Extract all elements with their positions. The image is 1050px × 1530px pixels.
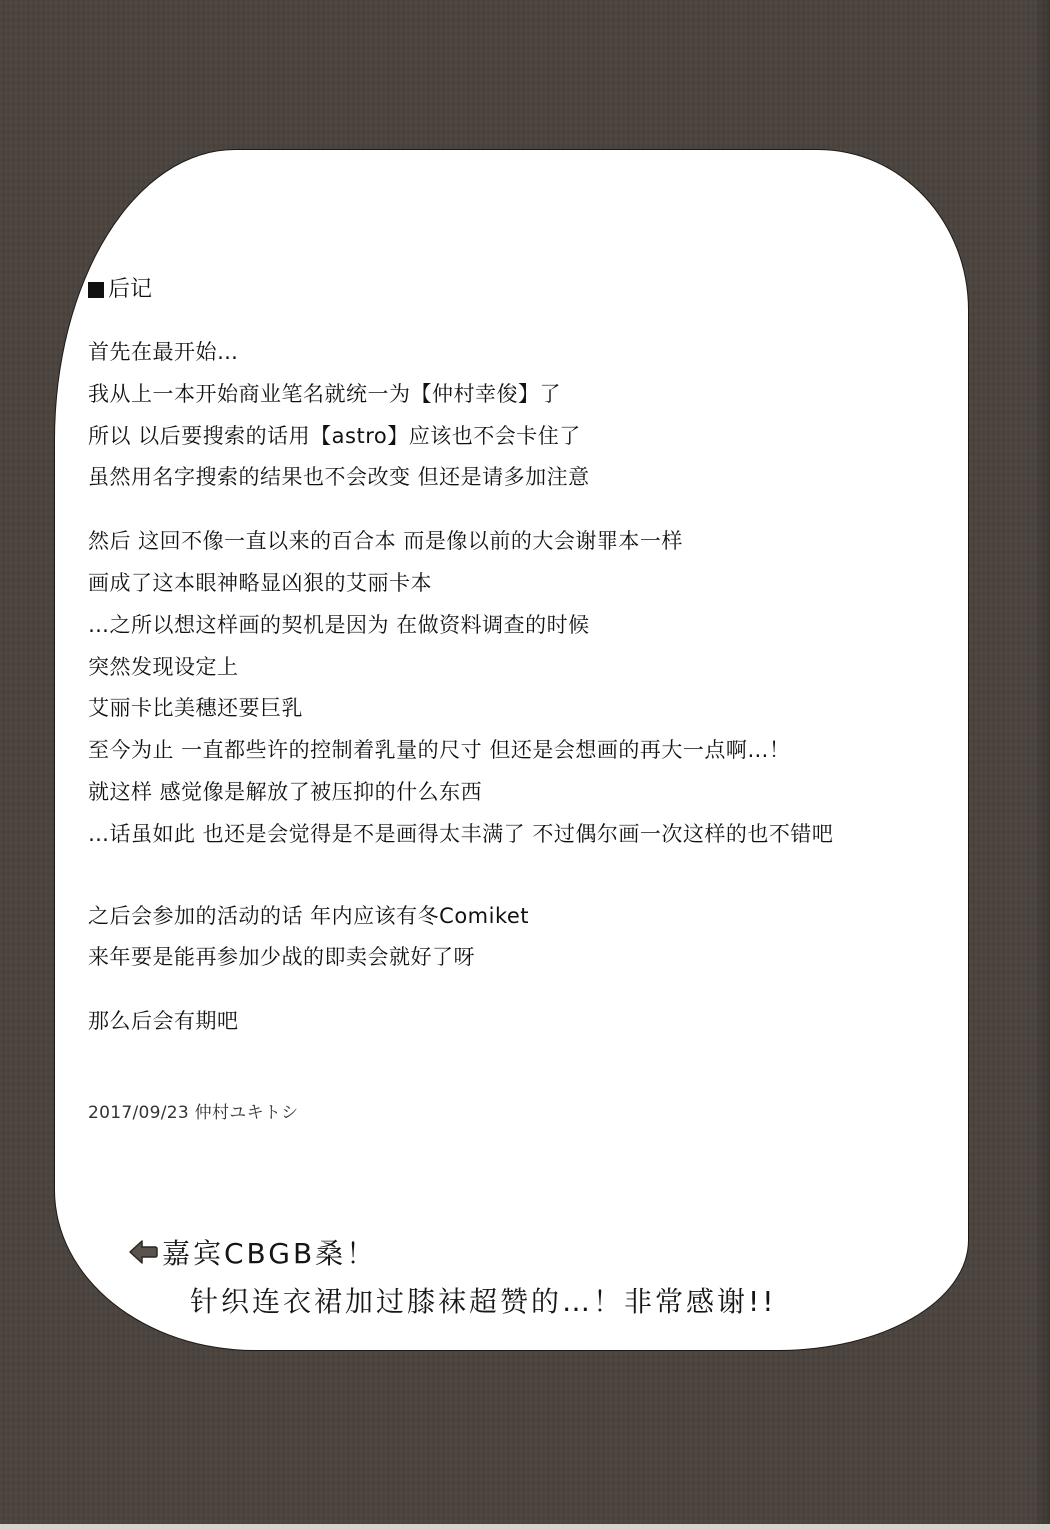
heading-text: 后记 [108, 272, 152, 308]
page-edge-shadow [1036, 0, 1050, 1530]
paragraph-4: 那么后会有期吧 [88, 1001, 968, 1043]
text-line: 画成了这本眼神略显凶狠的艾丽卡本 [88, 563, 968, 605]
thanks-line-1: 嘉宾CBGB桑！ [128, 1232, 776, 1272]
thanks-line-2: 针织连衣裙加过膝袜超赞的…！非常感谢!! [190, 1280, 776, 1320]
left-arrow-icon [128, 1238, 158, 1266]
afterword-content: 后记 首先在最开始… 我从上一本开始商业笔名就统一为【仲村幸俊】了 所以 以后要… [88, 272, 968, 1065]
paragraph-2: 然后 这回不像一直以来的百合本 而是像以前的大会谢罪本一样 画成了这本眼神略显凶… [88, 521, 968, 855]
text-line: 之后会参加的活动的话 年内应该有冬Comiket [88, 896, 968, 938]
text-line: 那么后会有期吧 [88, 1001, 968, 1043]
paragraph-1: 首先在最开始… 我从上一本开始商业笔名就统一为【仲村幸俊】了 所以 以后要搜索的… [88, 332, 968, 499]
text-line: 突然发现设定上 [88, 647, 968, 689]
signature-date: 2017/09/23 仲村ユキトシ [88, 1098, 299, 1123]
thanks-line-1-text: 嘉宾CBGB桑！ [162, 1232, 377, 1272]
page-bottom-edge [0, 1524, 1050, 1530]
text-line: 就这样 感觉像是解放了被压抑的什么东西 [88, 772, 968, 814]
text-line: 所以 以后要搜索的话用【astro】应该也不会卡住了 [88, 416, 968, 458]
text-line: 艾丽卡比美穗还要巨乳 [88, 688, 968, 730]
text-line: …话虽如此 也还是会觉得是不是画得太丰满了 不过偶尔画一次这样的也不错吧 [88, 814, 968, 856]
text-line: 我从上一本开始商业笔名就统一为【仲村幸俊】了 [88, 374, 968, 416]
text-line: 首先在最开始… [88, 332, 968, 374]
afterword-heading: 后记 [88, 272, 968, 308]
text-line: …之所以想这样画的契机是因为 在做资料调查的时候 [88, 605, 968, 647]
thanks-note: 嘉宾CBGB桑！ 针织连衣裙加过膝袜超赞的…！非常感谢!! [128, 1232, 776, 1320]
text-line: 然后 这回不像一直以来的百合本 而是像以前的大会谢罪本一样 [88, 521, 968, 563]
text-line: 来年要是能再参加少战的即卖会就好了呀 [88, 937, 968, 979]
square-bullet-icon [88, 282, 104, 298]
text-line: 虽然用名字搜索的结果也不会改变 但还是请多加注意 [88, 457, 968, 499]
text-line: 至今为止 一直都些许的控制着乳量的尺寸 但还是会想画的再大一点啊…！ [88, 730, 968, 772]
paragraph-3: 之后会参加的活动的话 年内应该有冬Comiket 来年要是能再参加少战的即卖会就… [88, 896, 968, 980]
